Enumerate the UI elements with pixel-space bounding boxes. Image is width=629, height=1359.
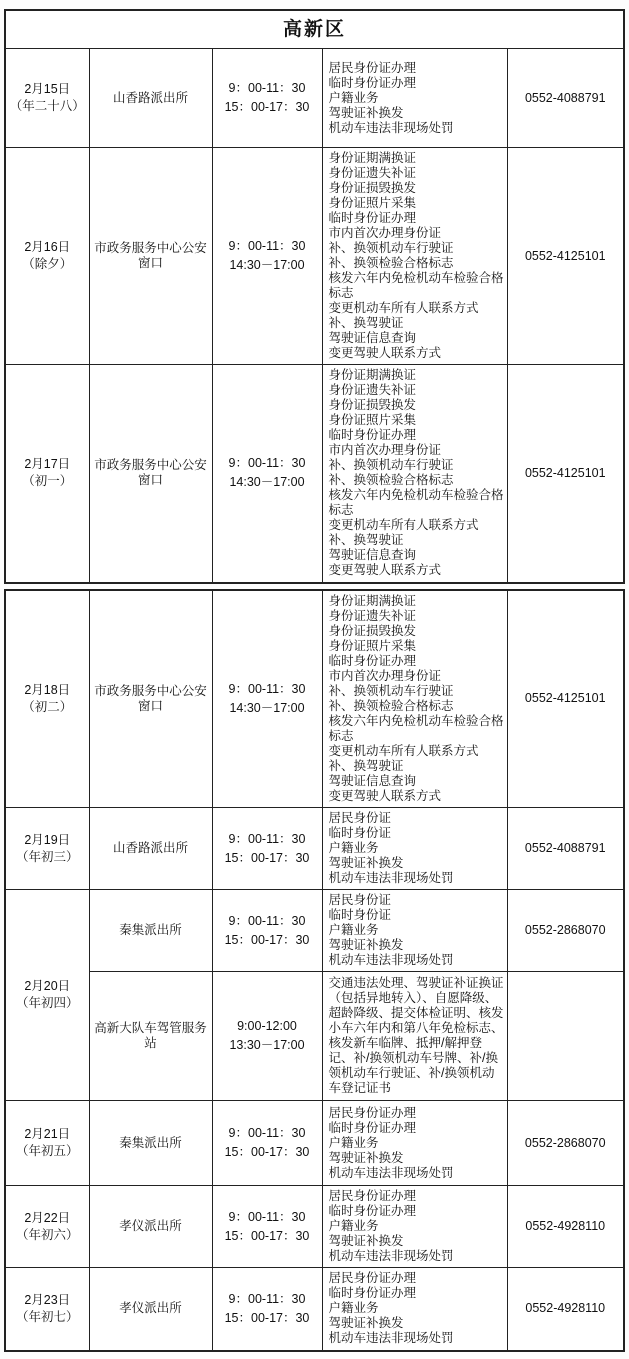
office-cell: 市政务服务中心公安窗口 [89,590,212,808]
service-schedule-document: 高新区 2月15日 （年二十八） 山香路派出所 9：00-11：30 15：00… [0,0,629,1352]
phone-cell: 0552-4928110 [507,1268,624,1351]
date-cell: 2月18日 （初二） [5,590,89,808]
phone-cell: 0552-2868070 [507,1101,624,1186]
office-cell: 山香路派出所 [89,49,212,148]
hours-cell: 9：00-11：30 15：00-17：30 [212,808,322,890]
date-cell: 2月15日 （年二十八） [5,49,89,148]
page: 高新区 2月15日 （年二十八） 山香路派出所 9：00-11：30 15：00… [0,0,629,1359]
services-cell: 居民身份证 临时身份证 户籍业务 驾驶证补换发 机动车违法非现场处罚 [322,808,507,890]
hours-cell: 9：00-11：30 15：00-17：30 [212,890,322,972]
date-cell: 2月21日 （年初五） [5,1101,89,1186]
hours-cell: 9:00-12:00 13:30－17:00 [212,972,322,1101]
office-cell: 孝仪派出所 [89,1186,212,1268]
table-row: 高新大队车驾管服务站 9:00-12:00 13:30－17:00 交通违法处理… [5,972,624,1101]
phone-cell: 0552-2868070 [507,890,624,972]
office-cell: 孝仪派出所 [89,1268,212,1351]
phone-cell [507,972,624,1101]
services-cell: 居民身份证办理 临时身份证办理 户籍业务 驾驶证补换发 机动车违法非现场处罚 [322,49,507,148]
office-cell: 秦集派出所 [89,1101,212,1186]
hours-cell: 9：00-11：30 15：00-17：30 [212,1186,322,1268]
office-cell: 秦集派出所 [89,890,212,972]
services-cell: 居民身份证 临时身份证 户籍业务 驾驶证补换发 机动车违法非现场处罚 [322,890,507,972]
phone-cell: 0552-4125101 [507,148,624,365]
table-row: 2月18日 （初二） 市政务服务中心公安窗口 9：00-11：30 14:30－… [5,590,624,808]
schedule-table-section-2: 2月18日 （初二） 市政务服务中心公安窗口 9：00-11：30 14:30－… [4,589,625,1352]
services-cell: 居民身份证办理 临时身份证办理 户籍业务 驾驶证补换发 机动车违法非现场处罚 [322,1101,507,1186]
table-row: 2月16日 （除夕） 市政务服务中心公安窗口 9：00-11：30 14:30－… [5,148,624,365]
hours-cell: 9：00-11：30 14:30－17:00 [212,590,322,808]
table-row: 2月23日 （年初七） 孝仪派出所 9：00-11：30 15：00-17：30… [5,1268,624,1351]
hours-cell: 9：00-11：30 15：00-17：30 [212,1268,322,1351]
office-cell: 高新大队车驾管服务站 [89,972,212,1101]
hours-cell: 9：00-11：30 15：00-17：30 [212,49,322,148]
phone-cell: 0552-4088791 [507,808,624,890]
schedule-table-section-1: 高新区 2月15日 （年二十八） 山香路派出所 9：00-11：30 15：00… [4,9,625,584]
table-row: 2月21日 （年初五） 秦集派出所 9：00-11：30 15：00-17：30… [5,1101,624,1186]
title-row: 高新区 [5,10,624,49]
date-cell: 2月17日 （初一） [5,365,89,583]
office-cell: 市政务服务中心公安窗口 [89,148,212,365]
services-cell: 身份证期满换证 身份证遗失补证 身份证损毁换发 身份证照片采集 临时身份证办理 … [322,365,507,583]
services-cell: 身份证期满换证 身份证遗失补证 身份证损毁换发 身份证照片采集 临时身份证办理 … [322,148,507,365]
table-row: 2月20日 （年初四） 秦集派出所 9：00-11：30 15：00-17：30… [5,890,624,972]
office-cell: 市政务服务中心公安窗口 [89,365,212,583]
date-cell: 2月16日 （除夕） [5,148,89,365]
hours-cell: 9：00-11：30 14:30－17:00 [212,148,322,365]
table-row: 2月15日 （年二十八） 山香路派出所 9：00-11：30 15：00-17：… [5,49,624,148]
phone-cell: 0552-4088791 [507,49,624,148]
services-cell: 交通违法处理、驾驶证补证换证（包括异地转入）、自愿降级、超龄降级、提交体检证明、… [322,972,507,1101]
table-row: 2月19日 （年初三） 山香路派出所 9：00-11：30 15：00-17：3… [5,808,624,890]
date-cell: 2月19日 （年初三） [5,808,89,890]
hours-cell: 9：00-11：30 15：00-17：30 [212,1101,322,1186]
table-row: 2月17日 （初一） 市政务服务中心公安窗口 9：00-11：30 14:30－… [5,365,624,583]
phone-cell: 0552-4928110 [507,1186,624,1268]
hours-cell: 9：00-11：30 14:30－17:00 [212,365,322,583]
table-row: 2月22日 （年初六） 孝仪派出所 9：00-11：30 15：00-17：30… [5,1186,624,1268]
services-cell: 身份证期满换证 身份证遗失补证 身份证损毁换发 身份证照片采集 临时身份证办理 … [322,590,507,808]
region-title: 高新区 [5,10,624,49]
services-cell: 居民身份证办理 临时身份证办理 户籍业务 驾驶证补换发 机动车违法非现场处罚 [322,1186,507,1268]
phone-cell: 0552-4125101 [507,590,624,808]
phone-cell: 0552-4125101 [507,365,624,583]
date-cell: 2月23日 （年初七） [5,1268,89,1351]
office-cell: 山香路派出所 [89,808,212,890]
date-cell: 2月20日 （年初四） [5,890,89,1101]
services-cell: 居民身份证办理 临时身份证办理 户籍业务 驾驶证补换发 机动车违法非现场处罚 [322,1268,507,1351]
date-cell: 2月22日 （年初六） [5,1186,89,1268]
